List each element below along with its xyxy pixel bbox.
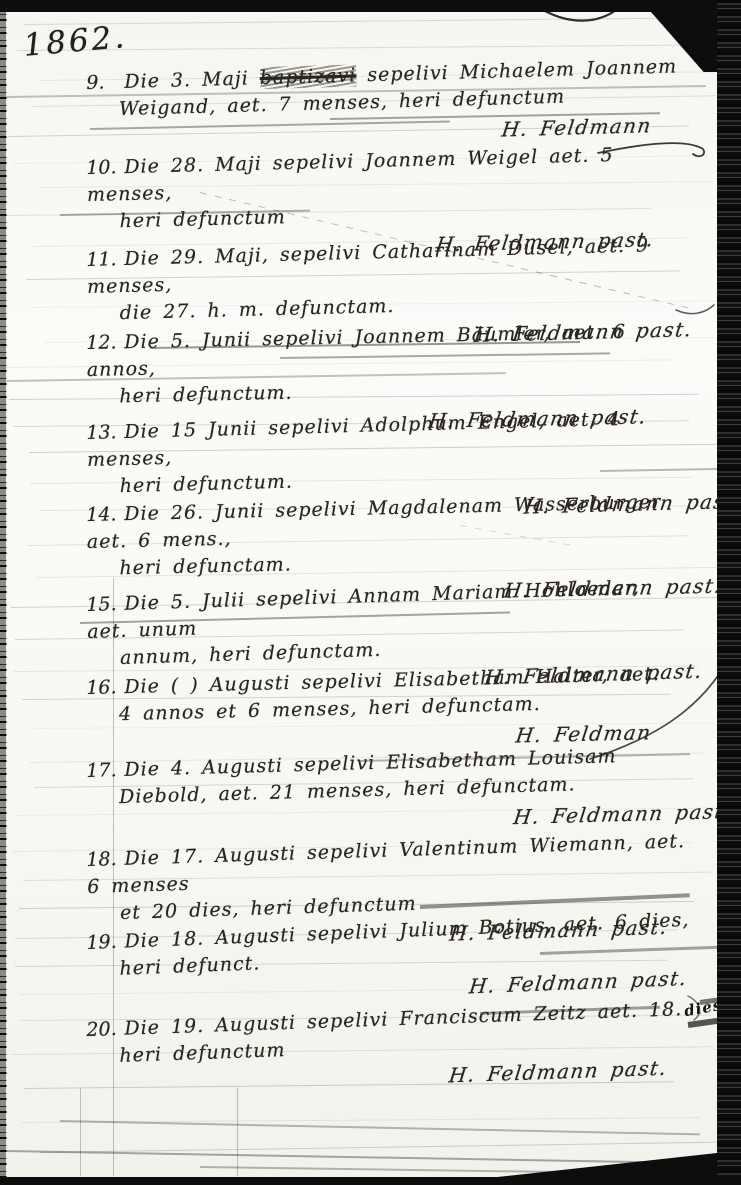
scan-border-right bbox=[717, 0, 741, 1185]
entry-number: 20. bbox=[86, 1016, 125, 1044]
entry-number: 11. bbox=[86, 246, 125, 274]
struck-word: baptizavi bbox=[260, 64, 357, 89]
scan-border-bottom bbox=[0, 1177, 741, 1185]
entry-number: 13. bbox=[86, 419, 125, 447]
entry-number: 12. bbox=[86, 329, 125, 357]
scan-border-top bbox=[0, 0, 741, 12]
scanned-register-page: 1862. dies 9.Die 3. Maji baptizavi sepel… bbox=[0, 0, 741, 1185]
scan-edge-left bbox=[0, 12, 7, 1178]
register-entry: 9.Die 3. Maji baptizavi sepelivi Michael… bbox=[86, 53, 692, 155]
register-entry: 17.Die 4. Augusti sepelivi Elisabetham L… bbox=[86, 741, 692, 843]
entry-number: 10. bbox=[86, 154, 125, 182]
entry-number: 14. bbox=[86, 501, 125, 529]
entry-number: 16. bbox=[86, 674, 125, 702]
entry-number: 9. bbox=[86, 69, 125, 97]
record-text: Die 28. Maji sepelivi Joannem Weigel aet… bbox=[87, 144, 614, 206]
entry-number: 18. bbox=[86, 846, 125, 874]
record-text: Die 3. Maji bbox=[124, 67, 260, 93]
record-text: Die 26. Junii sepelivi Magdalenam Wasser… bbox=[87, 491, 662, 553]
record-text: Die 5. Junii sepelivi Joannem Bäumler, a… bbox=[87, 321, 627, 381]
entry-number: 19. bbox=[86, 929, 125, 957]
record-text: sepelivi Michaelem Joannem bbox=[356, 55, 677, 86]
entry-number: 17. bbox=[86, 757, 125, 785]
entry-number: 15. bbox=[86, 591, 125, 619]
